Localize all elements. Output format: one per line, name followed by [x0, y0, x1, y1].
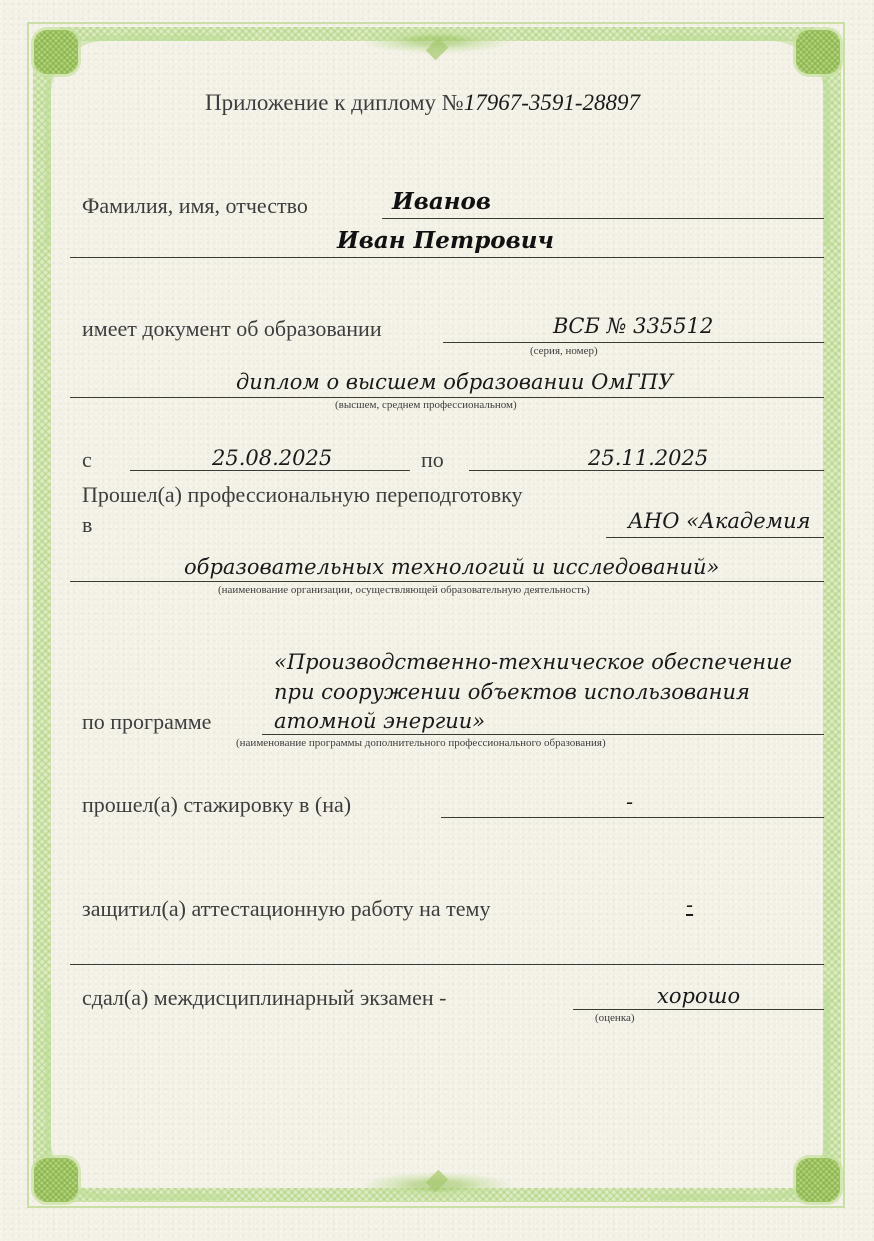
exam-grade: хорошо [657, 984, 740, 1008]
exam-label: сдал(а) междисциплинарный экзамен - [82, 985, 446, 1011]
internship-value: - [626, 790, 633, 814]
period-from-label: с [82, 447, 92, 473]
given-names-underline [70, 257, 824, 258]
series-number-hint: (серия, номер) [530, 345, 598, 357]
title-prefix: Приложение к диплому № [205, 90, 464, 115]
program-label: по программе [82, 709, 211, 735]
series-number-underline [443, 342, 824, 343]
thesis-value: - [686, 893, 693, 917]
internship-label: прошел(а) стажировку в (на) [82, 792, 351, 818]
thesis-underline [70, 964, 824, 965]
program-line2: при сооружении объектов использования [274, 680, 750, 704]
prior-education-label: имеет документ об образовании [82, 316, 382, 342]
period-from-date: 25.08.2025 [212, 446, 332, 470]
program-line1: «Производственно-техническое обеспечение [274, 650, 792, 674]
page-title: Приложение к диплому №17967-3591-28897 [205, 90, 640, 116]
document-type-hint: (высшем, среднем профессиональном) [335, 399, 517, 411]
exam-grade-underline [573, 1009, 824, 1010]
internship-underline [441, 817, 824, 818]
document-type-value: диплом о высшем образовании ОмГПУ [236, 370, 673, 394]
exam-grade-hint: (оценка) [595, 1012, 635, 1024]
surname-underline [382, 218, 824, 219]
retraining-in-label: в [82, 512, 92, 538]
thesis-label: защитил(а) аттестационную работу на тему [82, 896, 490, 922]
organization-hint: (наименование организации, осуществляюще… [218, 584, 590, 596]
program-underline [262, 734, 824, 735]
rosette-icon [796, 30, 840, 74]
organization-line2: образовательных технологий и исследовани… [184, 555, 719, 579]
retraining-label: Прошел(а) профессиональную переподготовк… [82, 482, 523, 508]
program-hint: (наименование программы дополнительного … [236, 737, 606, 749]
period-to-underline [469, 470, 824, 471]
series-number-value: ВСБ № 335512 [553, 314, 713, 338]
diploma-number: 17967-3591-28897 [464, 90, 640, 115]
organization-line1-underline [606, 537, 824, 538]
rosette-icon [796, 1158, 840, 1202]
full-name-label: Фамилия, имя, отчество [82, 193, 308, 219]
period-from-underline [130, 470, 410, 471]
period-to-label: по [421, 447, 444, 473]
period-to-date: 25.11.2025 [588, 446, 708, 470]
document-type-underline [70, 397, 824, 398]
given-names-value: Иван Петрович [337, 227, 554, 254]
rosette-icon [34, 30, 78, 74]
program-line3: атомной энергии» [274, 709, 485, 733]
organization-line2-underline [70, 581, 824, 582]
surname-value: Иванов [392, 188, 491, 215]
rosette-icon [34, 1158, 78, 1202]
organization-line1: АНО «Академия [628, 509, 811, 533]
